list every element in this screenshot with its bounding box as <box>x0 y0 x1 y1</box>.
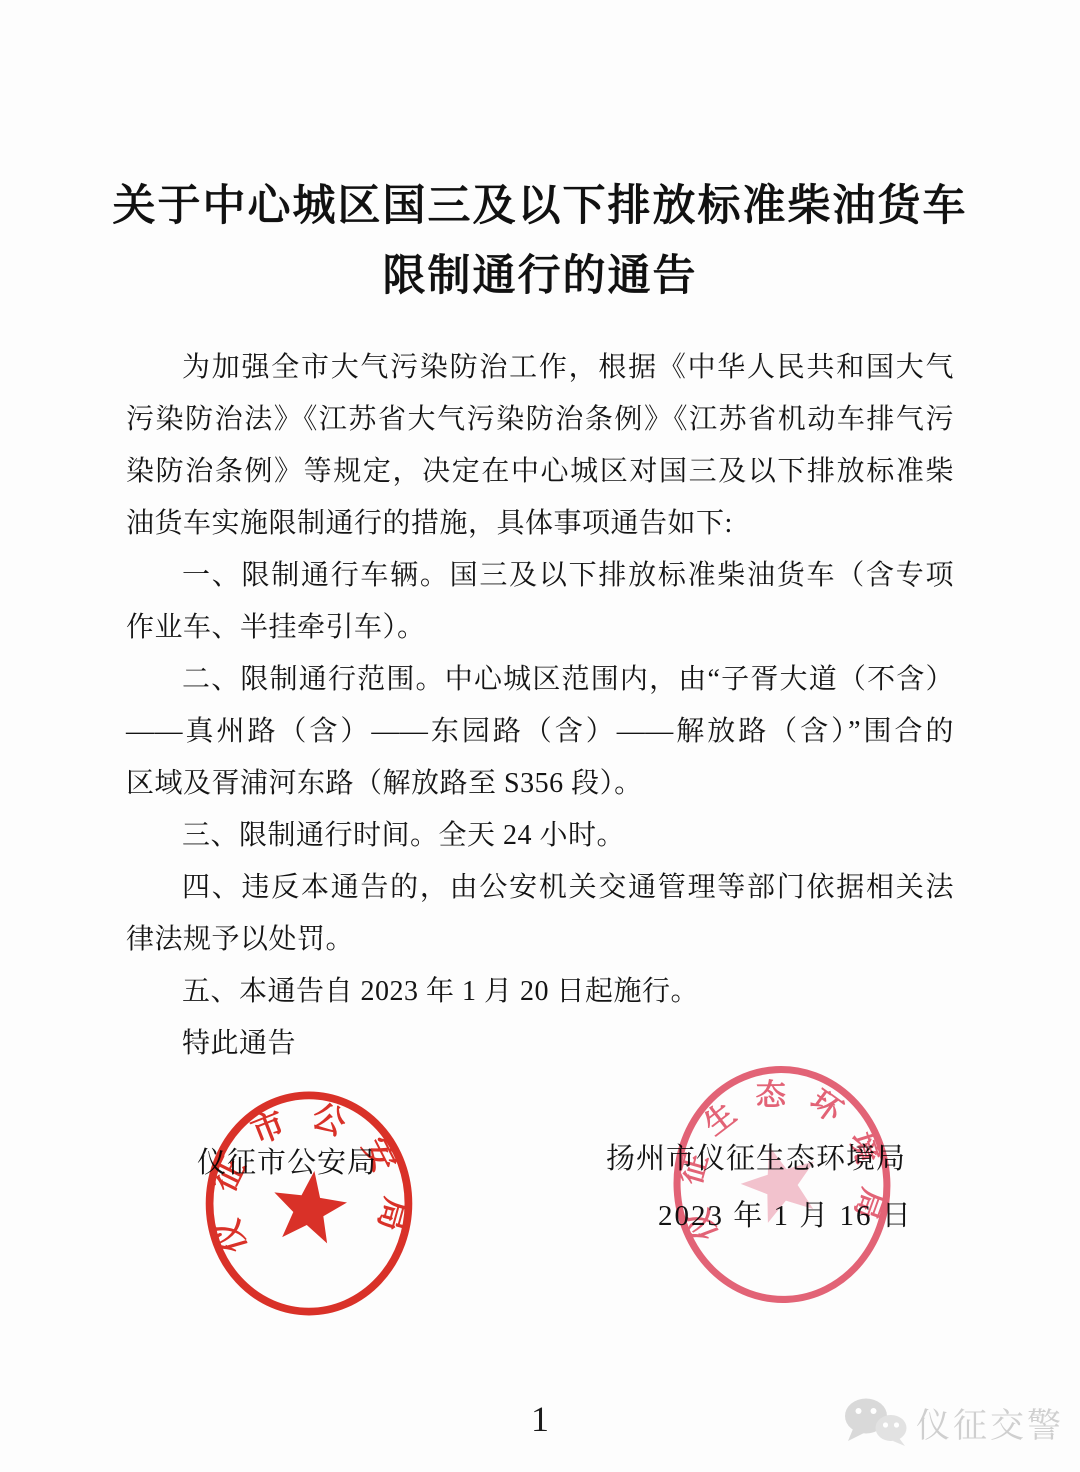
svg-text:仪征生态环境局: 仪征生态环境局 <box>668 1071 895 1253</box>
seal-arc-text-right: 仪征生态环境局 <box>668 1071 895 1253</box>
body-line: 一、限制通行车辆。国三及以下排放标准柴油货车（含专项 <box>126 550 954 602</box>
document-page: 关于中心城区国三及以下排放标准柴油货车 限制通行的通告 为加强全市大气污染防治工… <box>0 0 1080 1472</box>
seal-arc-text-left: 仪征市公安局 <box>203 1097 414 1257</box>
title-line-1: 关于中心城区国三及以下排放标准柴油货车 <box>0 172 1080 242</box>
watermark: 仪征交警 <box>842 1396 1064 1448</box>
watermark-label: 仪征交警 <box>916 1398 1064 1447</box>
body-line: 五、本通告自 2023 年 1 月 20 日起施行。 <box>126 966 954 1018</box>
title-line-2: 限制通行的通告 <box>0 242 1080 312</box>
body-line: 二、限制通行范围。中心城区范围内，由“子胥大道（不含） <box>126 654 954 706</box>
body-line: 油货车实施限制通行的措施，具体事项通告如下: <box>126 498 954 550</box>
body-line: 区域及胥浦河东路（解放路至 S356 段）。 <box>126 758 954 810</box>
official-seal-right: 仪征生态环境局 <box>660 1058 904 1312</box>
body-line: 作业车、半挂牵引车）。 <box>126 602 954 654</box>
page-title: 关于中心城区国三及以下排放标准柴油货车 限制通行的通告 <box>0 0 1080 312</box>
star-icon <box>733 1135 828 1227</box>
document-body: 为加强全市大气污染防治工作，根据《中华人民共和国大气 污染防治法》《江苏省大气污… <box>126 342 954 1070</box>
official-seal-left: 仪征市公安局 <box>198 1086 420 1320</box>
star-icon <box>268 1166 350 1245</box>
body-line: 四、违反本通告的，由公安机关交通管理等部门依据相关法 <box>126 862 954 914</box>
body-line: 污染防治法》《江苏省大气污染防治条例》《江苏省机动车排气污 <box>126 394 954 446</box>
svg-text:仪征市公安局: 仪征市公安局 <box>203 1097 414 1257</box>
body-line: 律法规予以处罚。 <box>126 914 954 966</box>
body-line: ——真州路（含）——东园路（含）——解放路（含）”围合的 <box>126 706 954 758</box>
body-line: 为加强全市大气污染防治工作，根据《中华人民共和国大气 <box>126 342 954 394</box>
wechat-logo-icon <box>842 1396 910 1448</box>
body-line: 染防治条例》等规定，决定在中心城区对国三及以下排放标准柴 <box>126 446 954 498</box>
body-line: 三、限制通行时间。全天 24 小时。 <box>126 810 954 862</box>
